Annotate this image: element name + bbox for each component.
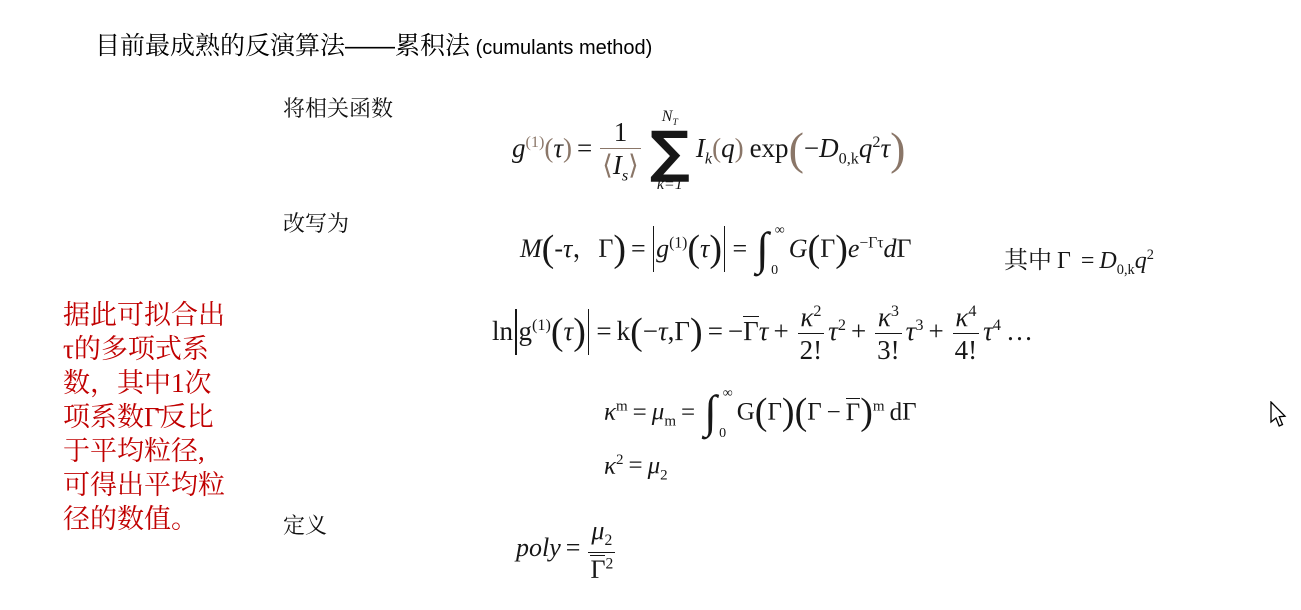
math-token: 2 <box>605 555 613 572</box>
slide-title-en: (cumulants method) <box>470 37 652 59</box>
plus-sign: + <box>773 316 788 346</box>
equals-sign: = <box>631 234 646 263</box>
label-define: 定义 <box>283 509 327 540</box>
math-token: ( <box>808 236 821 263</box>
math-token: ) <box>835 236 848 263</box>
math-token: e <box>848 234 860 263</box>
integral-lower-limit: 0 <box>771 263 778 279</box>
math-token: I <box>696 133 705 163</box>
fraction-bar <box>600 148 640 149</box>
math-token: 其中 <box>1004 247 1052 274</box>
math-token: D <box>1099 248 1116 274</box>
math-token: -τ <box>554 234 572 263</box>
side-definition-gamma: 其中Γ=D0,kq2 <box>1004 240 1154 279</box>
math-token: Γ <box>820 234 835 263</box>
math-token: ( <box>712 133 721 163</box>
formula-polydispersity: poly=μ2Γ2 <box>516 517 618 583</box>
formula-g1-correlation: g(1)(τ)=1⟨Is⟩NT∑k=1Ik(q)exp(−D0,kq2τ) <box>512 108 905 194</box>
integral-lower-limit: 0 <box>719 426 726 442</box>
equals-sign: = <box>633 399 647 426</box>
math-token: D <box>819 133 839 163</box>
math-token: τ <box>983 316 993 346</box>
math-token: ⟨ <box>602 150 613 180</box>
math-token: poly <box>516 533 561 562</box>
mouse-cursor-icon <box>1268 401 1288 429</box>
math-token: ) <box>782 399 795 426</box>
math-token: 2! <box>798 336 825 364</box>
integral-icon: ∫ <box>704 394 717 431</box>
math-token: G <box>737 399 755 426</box>
math-token: G <box>789 234 808 263</box>
math-token: q <box>721 133 735 163</box>
math-token: κ4 <box>953 303 978 331</box>
math-token: m <box>616 398 628 414</box>
math-token: μ <box>591 516 604 545</box>
label-correlation-function: 将相关函数 <box>283 92 393 123</box>
math-token: ， <box>572 234 598 263</box>
math-token: − <box>643 316 658 346</box>
math-token: ) <box>613 236 626 263</box>
sigma-icon: ∑ <box>650 129 690 177</box>
math-token: τ <box>880 133 890 163</box>
math-token: ( <box>755 399 768 426</box>
label-rewrite-as: 改写为 <box>283 207 349 238</box>
math-token: Γ <box>897 234 912 263</box>
math-token: Γ <box>598 234 613 263</box>
fraction-kappa3: κ33! <box>875 303 902 365</box>
math-token: ) <box>573 319 586 346</box>
sum-lower-limit: k=1 <box>657 176 683 194</box>
math-token: κ <box>604 452 616 479</box>
math-token: κ3 <box>876 303 901 331</box>
math-token: ( <box>687 236 700 263</box>
fraction-bar <box>588 552 615 553</box>
math-token: μ <box>648 452 661 479</box>
integral-upper-limit: ∞ <box>775 223 785 239</box>
equals-sign: = <box>1081 248 1095 274</box>
math-token: ⟨Is⟩ <box>600 151 640 184</box>
note-line: 数，其中1次 <box>63 366 225 400</box>
math-token: 2 <box>1147 247 1154 263</box>
math-token: 2 <box>604 532 612 549</box>
math-token: Γ <box>807 399 821 426</box>
fraction-1-over-Is: 1⟨Is⟩ <box>600 118 640 185</box>
math-token: ) <box>709 236 722 263</box>
math-token: ( <box>551 319 564 346</box>
math-token: exp <box>750 133 789 163</box>
math-token: ) <box>563 133 572 163</box>
integral: ∫∞0 <box>704 394 727 434</box>
summation: NT∑k=1 <box>650 108 690 194</box>
math-token: 4 <box>968 302 976 320</box>
math-token: ( <box>795 399 808 426</box>
math-token: κ <box>604 399 616 426</box>
math-token: κ <box>800 302 813 332</box>
math-token: 4 <box>993 316 1001 334</box>
integral-icon: ∫ <box>756 231 769 268</box>
ellipsis: … <box>1006 316 1033 346</box>
math-token: 2 <box>616 452 624 468</box>
math-token: q <box>1135 248 1147 274</box>
minus-sign: − <box>827 399 841 426</box>
integral-upper-limit: ∞ <box>723 386 733 402</box>
math-token: τ <box>828 316 838 346</box>
math-token: ) <box>735 133 744 163</box>
plus-sign: + <box>851 316 866 346</box>
note-line: 项系数Γ̄反比 <box>63 400 225 434</box>
math-token: k <box>617 316 631 346</box>
fraction-bar <box>875 333 902 334</box>
formula-cumulant-expansion: lng(1)(τ)=k(−τ,Γ)=−Γτ+κ22!τ2+κ33!τ3+κ44!… <box>492 303 1038 365</box>
note-line: 于平均粒径, <box>63 434 225 468</box>
slide-title-zh: 目前最成熟的反演算法——累积法 <box>95 32 470 60</box>
math-token: κ <box>955 302 968 332</box>
math-token: (1) <box>526 133 545 151</box>
equals-sign: = <box>629 452 643 479</box>
math-token: I <box>613 150 622 180</box>
gamma-bar: Γ <box>846 398 860 425</box>
formula-M-integral: M(-τ，Γ)=g(1)(τ)=∫∞0G(Γ)e−ΓτdΓ <box>520 228 912 274</box>
integral: ∫∞0 <box>756 231 779 271</box>
fraction-bar <box>953 333 980 334</box>
fraction-poly: μ2Γ2 <box>588 517 615 583</box>
math-token: ( <box>542 236 555 263</box>
math-token: Γ <box>1057 248 1071 274</box>
abs-bar <box>588 309 590 355</box>
equals-sign: = <box>596 316 611 346</box>
presentation-slide: 目前最成熟的反演算法——累积法 (cumulants method) 将相关函数… <box>0 0 1301 610</box>
math-token: (1) <box>669 234 687 251</box>
math-token: 0,k <box>839 150 859 168</box>
math-token: d <box>890 399 903 426</box>
math-token: 1 <box>612 118 630 146</box>
math-token: ) <box>690 319 703 346</box>
math-token: g <box>519 316 533 346</box>
math-token: τ <box>759 316 769 346</box>
note-line: 据此可拟合出 <box>63 298 225 332</box>
math-token: Γ2 <box>588 555 615 583</box>
math-token: ln <box>492 316 513 346</box>
gamma-bar: Γ <box>590 555 605 583</box>
math-token: − <box>804 133 819 163</box>
gamma-bar: Γ <box>743 316 759 345</box>
math-token: m <box>664 414 676 430</box>
math-token: ) <box>860 399 873 426</box>
equals-sign: = <box>708 316 723 346</box>
math-token: k <box>705 150 712 168</box>
math-token: τ <box>553 133 563 163</box>
math-token: τ <box>564 316 574 346</box>
math-token: ( <box>630 319 643 346</box>
math-token: τ <box>906 316 916 346</box>
math-token: τ <box>658 316 668 346</box>
math-token: μ2 <box>589 517 614 550</box>
math-token: − <box>728 316 743 346</box>
math-token: q <box>859 133 873 163</box>
math-token: κ2 <box>798 303 823 331</box>
big-paren-open: ( <box>789 133 804 165</box>
big-paren-close: ) <box>890 133 905 165</box>
math-token: g <box>656 234 669 263</box>
math-token: μ <box>652 399 665 426</box>
slide-title: 目前最成熟的反演算法——累积法 (cumulants method) <box>95 26 652 62</box>
note-line: 径的数值。 <box>63 502 225 536</box>
math-token: m <box>873 398 885 414</box>
math-token: 4! <box>953 336 980 364</box>
formula-kappa2: κ2=μ2 <box>604 452 668 484</box>
math-token: 3 <box>891 302 899 320</box>
math-token: κ <box>878 302 891 332</box>
math-token: 2 <box>838 316 846 334</box>
math-token: Γ <box>902 399 916 426</box>
math-token: −Γτ <box>859 234 883 251</box>
math-token: g <box>512 133 526 163</box>
math-token: ⟩ <box>628 150 639 180</box>
math-token: ,Γ <box>668 316 690 346</box>
equals-sign: = <box>681 399 695 426</box>
math-token: 0,k <box>1117 262 1135 278</box>
math-token: 3 <box>915 316 923 334</box>
math-token: M <box>520 234 542 263</box>
formula-moment-integral: κm=μm=∫∞0G(Γ)(Γ−Γ)mdΓ <box>604 394 917 434</box>
abs-bar <box>724 226 726 272</box>
plus-sign: + <box>928 316 943 346</box>
equals-sign: = <box>732 234 747 263</box>
fraction-kappa2: κ22! <box>798 303 825 365</box>
fraction-kappa4: κ44! <box>953 303 980 365</box>
abs-bar <box>515 309 517 355</box>
red-annotation: 据此可拟合出 τ的多项式系 数，其中1次 项系数Γ̄反比 于平均粒径, 可得出平… <box>63 298 225 536</box>
math-token: d <box>884 234 897 263</box>
math-token: τ <box>700 234 709 263</box>
math-token: 2 <box>813 302 821 320</box>
note-line: τ的多项式系 <box>63 332 225 366</box>
fraction-bar <box>798 333 825 334</box>
equals-sign: = <box>577 133 592 163</box>
math-token: (1) <box>532 316 551 334</box>
abs-bar <box>653 226 655 272</box>
math-token: 2 <box>660 467 668 483</box>
math-token: Γ <box>767 399 781 426</box>
note-line: 可得出平均粒 <box>63 468 225 502</box>
equals-sign: = <box>566 533 581 562</box>
math-token: 3! <box>875 336 902 364</box>
